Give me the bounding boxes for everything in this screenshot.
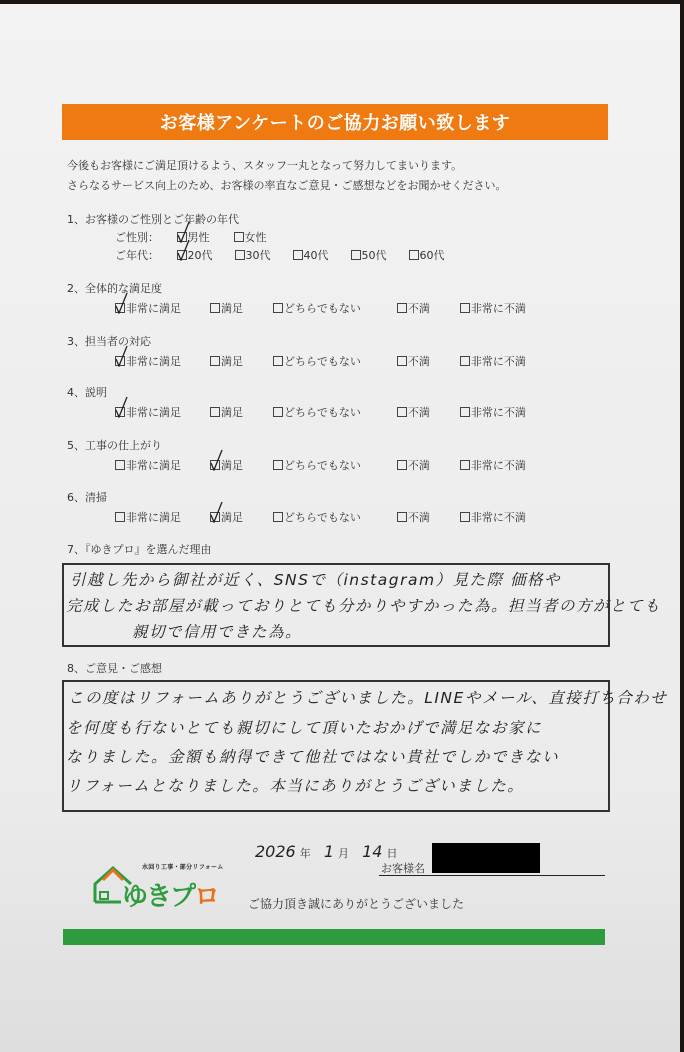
q7-line-3: 親切で信用できた為。 [132, 620, 302, 642]
option-label: 非常に不満 [471, 355, 526, 368]
option-label: どちらでもない [284, 511, 361, 524]
logo-wordmark-orange: ロ [194, 882, 218, 912]
checkbox-icon[interactable] [210, 303, 220, 313]
q8-line-1: この度はリフォームありがとうございました。LINEやメール、直接打ち合わせ [68, 686, 667, 708]
option-label: 非常に不満 [471, 459, 526, 472]
checkbox-icon[interactable] [351, 250, 361, 260]
option-label: どちらでもない [284, 302, 361, 315]
q6-option-1[interactable]: 満足 [210, 509, 243, 525]
checkbox-icon[interactable] [293, 250, 303, 260]
option-label: 満足 [221, 511, 243, 524]
checkbox-icon[interactable] [397, 512, 407, 522]
customer-name-label: お客様名 [381, 860, 425, 876]
gender-option-0[interactable]: 男性 [177, 231, 210, 244]
checkbox-icon[interactable] [210, 407, 220, 417]
month-value: 1 [324, 842, 334, 861]
q4-option-2[interactable]: どちらでもない [273, 404, 361, 420]
q8-title: 8、ご意見・ご感想 [67, 660, 162, 676]
q5-option-0[interactable]: 非常に満足 [115, 457, 181, 473]
q2-option-0[interactable]: 非常に満足 [115, 300, 181, 316]
option-label: 40代 [304, 249, 329, 262]
thank-you-message: ご協力頂き誠にありがとうございました [248, 895, 464, 912]
option-label: 非常に不満 [471, 511, 526, 524]
option-label: 非常に満足 [126, 406, 181, 419]
q6-option-0[interactable]: 非常に満足 [115, 509, 181, 525]
option-label: 非常に満足 [126, 459, 181, 472]
option-label: 満足 [221, 459, 243, 472]
q3-option-2[interactable]: どちらでもない [273, 353, 361, 369]
q6-title: 6、清掃 [67, 489, 107, 505]
checkbox-icon[interactable] [397, 356, 407, 366]
checked-checkbox-icon[interactable] [115, 407, 125, 417]
customer-name-redaction [432, 843, 540, 873]
customer-name-line[interactable] [379, 875, 605, 876]
q6-option-4[interactable]: 非常に不満 [460, 509, 526, 525]
option-label: 非常に不満 [471, 302, 526, 315]
footer-green-bar [63, 929, 605, 945]
checkbox-icon[interactable] [409, 250, 419, 260]
month-unit: 月 [338, 847, 349, 860]
q5-option-3[interactable]: 不満 [397, 457, 430, 473]
year-unit: 年 [300, 847, 311, 860]
checkbox-icon[interactable] [210, 356, 220, 366]
option-label: 30代 [246, 249, 271, 262]
checkbox-icon[interactable] [397, 460, 407, 470]
option-label: 不満 [408, 355, 430, 368]
gender-row: ご性別： 男性女性 [115, 229, 291, 245]
checked-checkbox-icon[interactable] [177, 232, 187, 242]
checkbox-icon[interactable] [397, 303, 407, 313]
checkbox-icon[interactable] [460, 512, 470, 522]
q2-title: 2、全体的な満足度 [67, 280, 162, 296]
option-label: 満足 [221, 302, 243, 315]
age-option-2[interactable]: 40代 [293, 249, 329, 262]
checked-checkbox-icon[interactable] [115, 303, 125, 313]
checkbox-icon[interactable] [460, 460, 470, 470]
gender-option-1[interactable]: 女性 [234, 231, 267, 244]
q4-option-3[interactable]: 不満 [397, 404, 430, 420]
checkbox-icon[interactable] [273, 303, 283, 313]
q7-line-1: 引越し先から御社が近く、SNSで（instagram）見た際 価格や [70, 568, 561, 590]
year-value: 2026 [255, 842, 296, 861]
q3-option-4[interactable]: 非常に不満 [460, 353, 526, 369]
checkbox-icon[interactable] [115, 512, 125, 522]
q4-option-1[interactable]: 満足 [210, 404, 243, 420]
q3-option-3[interactable]: 不満 [397, 353, 430, 369]
day-unit: 日 [386, 847, 397, 860]
checked-checkbox-icon[interactable] [210, 512, 220, 522]
checkbox-icon[interactable] [273, 460, 283, 470]
checkbox-icon[interactable] [397, 407, 407, 417]
option-label: 不満 [408, 302, 430, 315]
q8-line-2: を何度も行ないとても親切にして頂いたおかげで満足なお家に [66, 716, 542, 738]
checked-checkbox-icon[interactable] [210, 460, 220, 470]
q1-title: 1、お客様のご性別とご年齢の年代 [67, 211, 239, 227]
age-label: ご年代： [115, 247, 173, 263]
age-option-1[interactable]: 30代 [235, 249, 271, 262]
q3-options: 非常に満足満足どちらでもない不満非常に不満 [115, 353, 526, 369]
option-label: 満足 [221, 406, 243, 419]
q3-title: 3、担当者の対応 [67, 333, 151, 349]
q3-option-0[interactable]: 非常に満足 [115, 353, 181, 369]
age-option-0[interactable]: 20代 [177, 249, 213, 262]
checkbox-icon[interactable] [460, 303, 470, 313]
checkbox-icon[interactable] [460, 407, 470, 417]
option-label: 不満 [408, 406, 430, 419]
logo-wordmark-green: ゆきプ [122, 882, 194, 912]
age-option-3[interactable]: 50代 [351, 249, 387, 262]
checkbox-icon[interactable] [273, 512, 283, 522]
option-label: どちらでもない [284, 355, 361, 368]
q5-option-1[interactable]: 満足 [210, 457, 243, 473]
option-label: どちらでもない [284, 406, 361, 419]
checkbox-icon[interactable] [273, 356, 283, 366]
option-label: 非常に満足 [126, 355, 181, 368]
q6-option-2[interactable]: どちらでもない [273, 509, 361, 525]
option-label: 満足 [221, 355, 243, 368]
q2-option-3[interactable]: 不満 [397, 300, 430, 316]
q5-title: 5、工事の仕上がり [67, 437, 162, 453]
q8-line-3: なりました。金額も納得できて他社ではない貴社でしかできない [66, 745, 559, 767]
intro-text: 今後もお客様にご満足頂けるよう、スタッフ一丸となって努力してまいります。 さらな… [67, 156, 507, 196]
q7-line-2: 完成したお部屋が載っておりとても分かりやすかった為。担当者の方がとても [66, 594, 661, 616]
option-label: 60代 [420, 249, 445, 262]
logo-wordmark: ゆきプロ [122, 876, 218, 913]
option-label: 非常に満足 [126, 302, 181, 315]
age-option-4[interactable]: 60代 [409, 249, 445, 262]
option-label: 非常に不満 [471, 406, 526, 419]
checkbox-icon[interactable] [460, 356, 470, 366]
q2-options: 非常に満足満足どちらでもない不満非常に不満 [115, 300, 526, 316]
q7-title: 7、『ゆきプロ』を選んだ理由 [67, 541, 212, 557]
q2-option-1[interactable]: 満足 [210, 300, 243, 316]
option-label: 50代 [362, 249, 387, 262]
q5-option-4[interactable]: 非常に不満 [460, 457, 526, 473]
q8-answer-box[interactable]: この度はリフォームありがとうございました。LINEやメール、直接打ち合わせ を何… [62, 680, 610, 812]
option-label: 非常に満足 [126, 511, 181, 524]
checkbox-icon[interactable] [235, 250, 245, 260]
survey-title: お客様アンケートのご協力お願い致します [160, 109, 510, 135]
survey-sheet: お客様アンケートのご協力お願い致します 今後もお客様にご満足頂けるよう、スタッフ… [0, 4, 680, 1052]
option-label: 20代 [188, 249, 213, 262]
intro-line-2: さらなるサービス向上のため、お客様の率直なご意見・ご感想などをお聞かせください。 [67, 176, 507, 196]
q7-answer-box[interactable]: 引越し先から御社が近く、SNSで（instagram）見た際 価格や 完成したお… [62, 563, 610, 647]
q4-options: 非常に満足満足どちらでもない不満非常に不満 [115, 404, 526, 420]
option-label: 女性 [245, 231, 267, 244]
q4-title: 4、説明 [67, 384, 107, 400]
option-label: 不満 [408, 459, 430, 472]
q5-options: 非常に満足満足どちらでもない不満非常に不満 [115, 457, 526, 473]
gender-label: ご性別： [115, 229, 173, 245]
q5-option-2[interactable]: どちらでもない [273, 457, 361, 473]
survey-title-banner: お客様アンケートのご協力お願い致します [62, 104, 608, 140]
option-label: 不満 [408, 511, 430, 524]
q6-options: 非常に満足満足どちらでもない不満非常に不満 [115, 509, 526, 525]
q2-option-4[interactable]: 非常に不満 [460, 300, 526, 316]
checkbox-icon[interactable] [234, 232, 244, 242]
checkbox-icon[interactable] [115, 460, 125, 470]
logo-tagline: 水回り工事・部分リフォーム [142, 862, 224, 871]
q8-line-4: リフォームとなりました。本当にありがとうございました。 [66, 774, 524, 796]
age-row: ご年代： 20代30代40代50代60代 [115, 247, 467, 263]
date-field[interactable]: 2026年 1月 14日 [255, 842, 405, 861]
q4-option-4[interactable]: 非常に不満 [460, 404, 526, 420]
q3-option-1[interactable]: 満足 [210, 353, 243, 369]
intro-line-1: 今後もお客様にご満足頂けるよう、スタッフ一丸となって努力してまいります。 [67, 156, 507, 176]
checked-checkbox-icon[interactable] [177, 250, 187, 260]
option-label: 男性 [188, 231, 210, 244]
q2-option-2[interactable]: どちらでもない [273, 300, 361, 316]
day-value: 14 [362, 842, 382, 861]
checked-checkbox-icon[interactable] [115, 356, 125, 366]
q4-option-0[interactable]: 非常に満足 [115, 404, 181, 420]
q6-option-3[interactable]: 不満 [397, 509, 430, 525]
checkbox-icon[interactable] [273, 407, 283, 417]
option-label: どちらでもない [284, 459, 361, 472]
